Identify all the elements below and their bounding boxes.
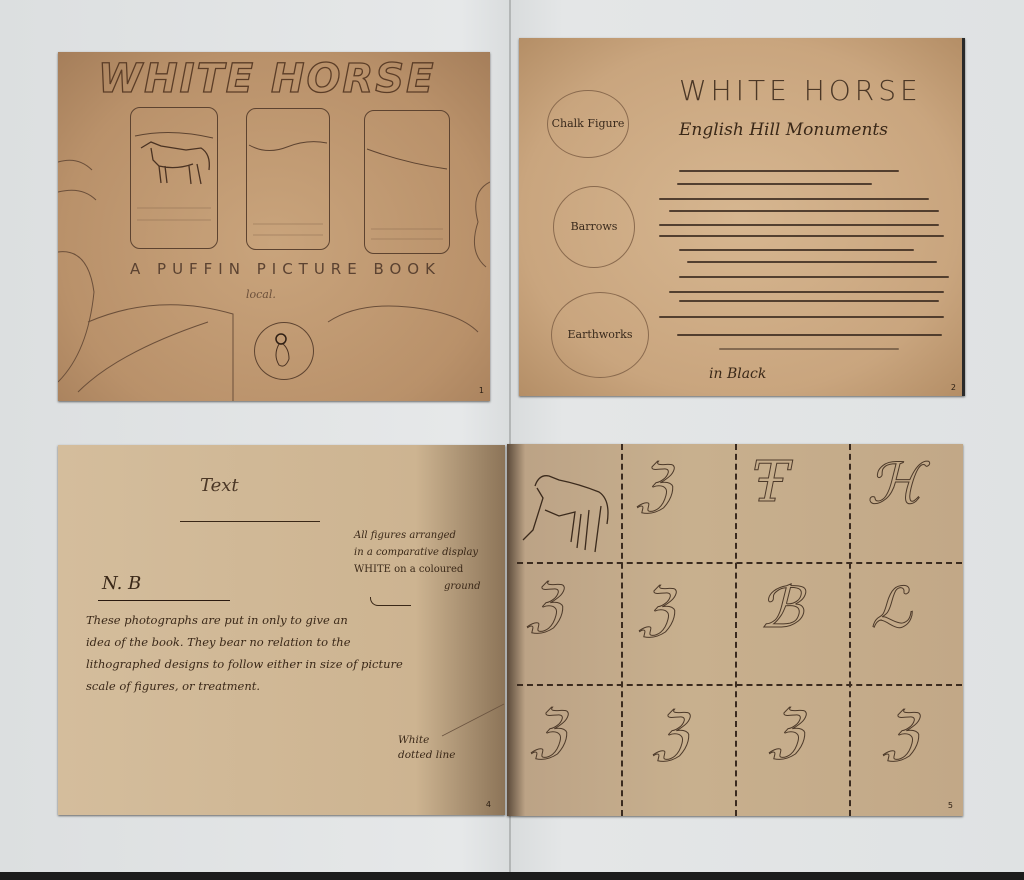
nb-label: N. B [102,573,141,594]
page-text-notes: Text N. B These photographs are put in o… [58,445,505,815]
footer-note: in Black [709,366,766,382]
circle-label: Chalk Figure [552,118,625,130]
side-note-line: ground [354,578,480,595]
dotted-divider [849,444,851,816]
figure-sketch: ℨ [531,700,566,765]
dotted-divider [517,684,962,686]
circle-label: Earthworks [568,329,633,341]
bottom-edge [0,872,1024,880]
puffin-logo [254,322,314,380]
figure-sketch: ℨ [653,702,688,767]
page-figure-grid: ℨ Ŧ ℋ ℨ ℨ ℬ ℒ ℨ ℨ ℨ ℨ 5 [507,444,963,816]
page-number: 1 [479,386,484,395]
dotted-divider [735,444,737,816]
title-subtitle: English Hill Monuments [679,120,888,140]
heading-underline [180,521,320,522]
page-cover-sketch: WHITE HORSE A PUFFIN PICTURE BOOK local.… [58,52,490,401]
circle-chalk-figure: Chalk Figure [547,90,629,158]
nb-paragraph: These photographs are put in only to giv… [86,609,403,697]
puffin-icon [255,323,313,379]
pointer-line [438,700,505,740]
dotted-divider [517,562,962,564]
text-heading: Text [200,475,239,496]
figure-sketch: ℬ [759,576,803,641]
side-note: All figures arranged in a comparative di… [354,527,480,595]
figure-sketch: ℒ [871,576,911,641]
nb-line: lithographed designs to follow either in… [86,653,403,675]
figure-sketch: ℋ [867,452,922,517]
figure-sketch: ℨ [637,454,672,519]
horse-sketch-icon [519,470,619,556]
side-note-line: All figures arranged [354,527,480,544]
page-title-sketch: WHITE HORSE English Hill Monuments Chalk… [519,38,965,396]
page-number: 2 [951,383,956,392]
circle-label: Barrows [571,221,618,233]
figure-sketch: ℨ [883,702,918,767]
page-number: 4 [486,800,491,809]
figure-sketch: ℨ [639,578,674,643]
figure-sketch: Ŧ [752,450,789,515]
page-number: 5 [948,801,953,810]
nb-line: These photographs are put in only to giv… [86,609,403,631]
nb-line: scale of figures, or treatment. [86,675,403,697]
circle-earthworks: Earthworks [551,292,649,378]
bracket-mark [370,597,411,606]
nb-underline [98,600,230,601]
figure-sketch: ℨ [527,574,562,639]
dotted-divider [621,444,623,816]
circle-barrows: Barrows [553,186,635,268]
side-note-line: in a comparative display [354,544,480,561]
figure-sketch: ℨ [769,700,804,765]
title-heading: WHITE HORSE [679,74,922,107]
nb-line: idea of the book. They bear no relation … [86,631,403,653]
dotted-note-line: dotted line [398,748,455,763]
side-note-line: WHITE on a coloured [354,561,480,578]
